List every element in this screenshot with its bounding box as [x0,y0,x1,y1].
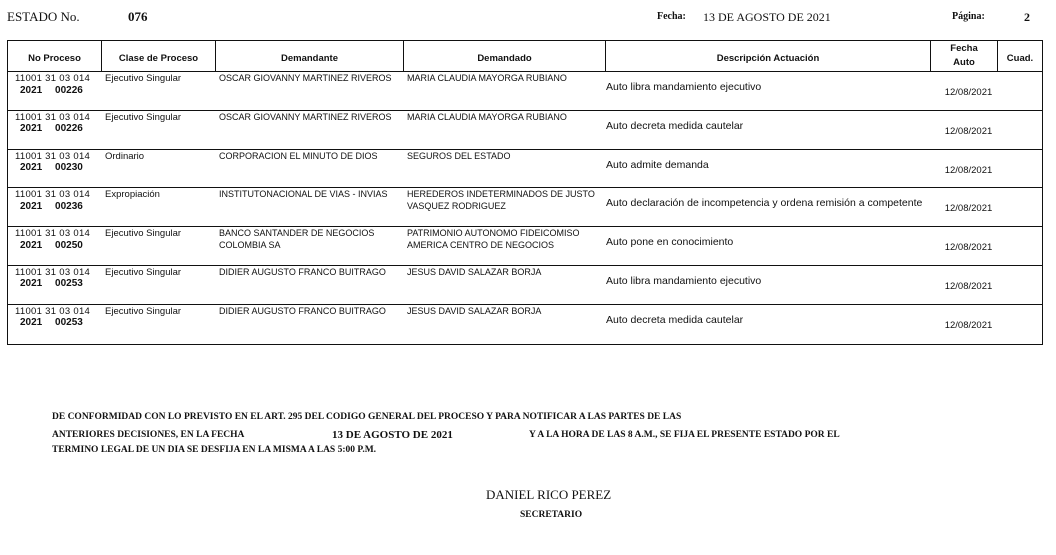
cell-fecha-auto: 12/08/2021 [931,111,998,149]
cell-demandante: DIDIER AUGUSTO FRANCO BUITRAGO [216,266,404,304]
cell-fecha-auto: 12/08/2021 [931,305,998,344]
cell-no-proceso: 11001 31 03 014 2021 00236 [8,188,102,226]
cell-no-proceso: 11001 31 03 014 2021 00253 [8,305,102,344]
cell-demandante: CORPORACION EL MINUTO DE DIOS [216,150,404,188]
table-row: 11001 31 03 014 2021 00250 Ejecutivo Sin… [8,227,1042,266]
cell-demandante: INSTITUTONACIONAL DE VIAS - INVIAS [216,188,404,226]
column-header-no-proceso: No Proceso [8,41,102,71]
cell-fecha-auto: 12/08/2021 [931,266,998,304]
column-header-cuad: Cuad. [998,41,1042,71]
proceso-year: 2021 [20,278,42,289]
cell-descripcion: Auto decreta medida cautelar [606,111,931,149]
column-header-clase: Clase de Proceso [102,41,216,71]
proceso-number: 00253 [55,278,83,289]
cell-demandado: SEGUROS DEL ESTADO [404,150,606,188]
proceso-code: 11001 31 03 014 [15,306,102,318]
notice-line-1: DE CONFORMIDAD CON LO PREVISTO EN EL ART… [52,412,681,422]
table-row: 11001 31 03 014 2021 00230 Ordinario COR… [8,150,1042,189]
cell-fecha-auto: 12/08/2021 [931,72,998,110]
cell-descripcion: Auto libra mandamiento ejecutivo [606,266,931,304]
proceso-year: 2021 [20,85,42,96]
notice-line-2-start: ANTERIORES DECISIONES, EN LA FECHA [52,430,244,440]
column-header-fecha-auto: Fecha Auto [931,41,998,71]
cell-demandado: PATRIMONIO AUTONOMO FIDEICOMISO AMERICA … [404,227,606,265]
cell-fecha-auto: 12/08/2021 [931,150,998,188]
cell-no-proceso: 11001 31 03 014 2021 00230 [8,150,102,188]
notice-line-2-date: 13 DE AGOSTO DE 2021 [332,429,453,441]
column-header-descripcion: Descripción Actuación [606,41,931,71]
table-row: 11001 31 03 014 2021 00226 Ejecutivo Sin… [8,111,1042,150]
proceso-number: 00253 [55,317,83,328]
cell-descripcion: Auto admite demanda [606,150,931,188]
proceso-year-number: 2021 00253 [15,317,102,329]
actuaciones-table: No Proceso Clase de Proceso Demandante D… [7,40,1043,345]
table-row: 11001 31 03 014 2021 00236 Expropiación … [8,188,1042,227]
proceso-year: 2021 [20,240,42,251]
cell-demandante: BANCO SANTANDER DE NEGOCIOS COLOMBIA SA [216,227,404,265]
cell-descripcion: Auto declaración de incompetencia y orde… [606,188,931,226]
cell-clase: Ejecutivo Singular [102,227,216,265]
cell-cuad [998,266,1042,304]
cell-descripcion: Auto decreta medida cautelar [606,305,931,344]
proceso-number: 00230 [55,162,83,173]
cell-cuad [998,72,1042,110]
proceso-year-number: 2021 00236 [15,201,102,213]
proceso-year-number: 2021 00230 [15,162,102,174]
cell-demandado: MARIA CLAUDIA MAYORGA RUBIANO [404,111,606,149]
cell-demandado: MARIA CLAUDIA MAYORGA RUBIANO [404,72,606,110]
cell-demandante: OSCAR GIOVANNY MARTINEZ RIVEROS [216,111,404,149]
proceso-number: 00236 [55,201,83,212]
cell-cuad [998,188,1042,226]
cell-cuad [998,305,1042,344]
fecha-label: Fecha: [657,11,686,22]
cell-clase: Ejecutivo Singular [102,305,216,344]
cell-demandante: OSCAR GIOVANNY MARTINEZ RIVEROS [216,72,404,110]
cell-no-proceso: 11001 31 03 014 2021 00226 [8,111,102,149]
proceso-number: 00250 [55,240,83,251]
proceso-code: 11001 31 03 014 [15,267,102,279]
proceso-number: 00226 [55,123,83,134]
column-header-demandante: Demandante [216,41,404,71]
proceso-code: 11001 31 03 014 [15,112,102,124]
cell-clase: Expropiación [102,188,216,226]
estado-number: 076 [128,9,148,25]
notice-line-3: TERMINO LEGAL DE UN DIA SE DESFIJA EN LA… [52,445,376,455]
notice-line-2-end: Y A LA HORA DE LAS 8 A.M., SE FIJA EL PR… [529,430,840,440]
proceso-year: 2021 [20,317,42,328]
proceso-code: 11001 31 03 014 [15,73,102,85]
proceso-year: 2021 [20,123,42,134]
proceso-code: 11001 31 03 014 [15,228,102,240]
cell-clase: Ordinario [102,150,216,188]
proceso-year-number: 2021 00226 [15,123,102,135]
estado-label: ESTADO No. [7,9,80,25]
cell-clase: Ejecutivo Singular [102,266,216,304]
cell-fecha-auto: 12/08/2021 [931,188,998,226]
cell-demandante: DIDIER AUGUSTO FRANCO BUITRAGO [216,305,404,344]
proceso-year: 2021 [20,201,42,212]
table-body: 11001 31 03 014 2021 00226 Ejecutivo Sin… [8,72,1042,344]
cell-clase: Ejecutivo Singular [102,111,216,149]
table-header: No Proceso Clase de Proceso Demandante D… [8,41,1042,72]
cell-cuad [998,111,1042,149]
cell-demandado: HEREDEROS INDETERMINADOS DE JUSTO VASQUE… [404,188,606,226]
fecha-value: 13 DE AGOSTO DE 2021 [703,10,831,25]
column-header-demandado: Demandado [404,41,606,71]
table-row: 11001 31 03 014 2021 00226 Ejecutivo Sin… [8,72,1042,111]
cell-clase: Ejecutivo Singular [102,72,216,110]
cell-descripcion: Auto libra mandamiento ejecutivo [606,72,931,110]
table-row: 11001 31 03 014 2021 00253 Ejecutivo Sin… [8,266,1042,305]
proceso-year: 2021 [20,162,42,173]
proceso-number: 00226 [55,85,83,96]
signer-name: DANIEL RICO PEREZ [486,487,611,503]
pagina-label: Página: [952,11,985,22]
proceso-code: 11001 31 03 014 [15,151,102,163]
cell-cuad [998,227,1042,265]
fecha-auto-header-text: Fecha Auto [944,42,984,70]
proceso-year-number: 2021 00253 [15,278,102,290]
cell-demandado: JESUS DAVID SALAZAR BORJA [404,305,606,344]
pagina-value: 2 [1024,10,1030,25]
cell-demandado: JESUS DAVID SALAZAR BORJA [404,266,606,304]
cell-no-proceso: 11001 31 03 014 2021 00226 [8,72,102,110]
signer-title: SECRETARIO [520,510,582,520]
cell-no-proceso: 11001 31 03 014 2021 00250 [8,227,102,265]
cell-no-proceso: 11001 31 03 014 2021 00253 [8,266,102,304]
cell-cuad [998,150,1042,188]
cell-fecha-auto: 12/08/2021 [931,227,998,265]
proceso-code: 11001 31 03 014 [15,189,102,201]
table-row: 11001 31 03 014 2021 00253 Ejecutivo Sin… [8,305,1042,344]
cell-descripcion: Auto pone en conocimiento [606,227,931,265]
proceso-year-number: 2021 00250 [15,240,102,252]
proceso-year-number: 2021 00226 [15,85,102,97]
